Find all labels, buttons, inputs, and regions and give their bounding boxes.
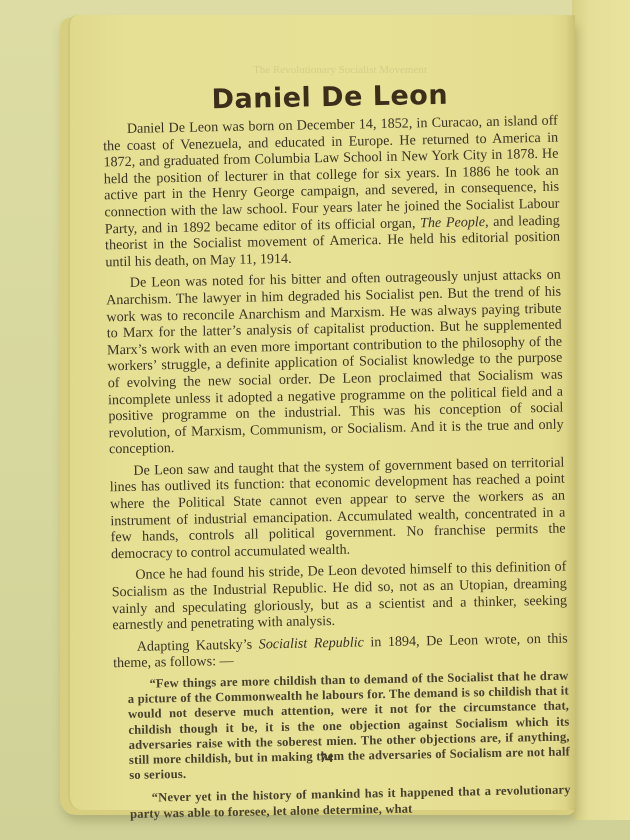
quote-paragraph: “Few things are more childish than to de… (127, 669, 570, 784)
text-run: De Leon saw and taught that the system o… (110, 454, 566, 562)
paragraph: Adapting Kautsky’s Socialist Republic in… (113, 630, 569, 672)
paragraph: De Leon was noted for his bitter and oft… (106, 267, 564, 458)
page-content: Daniel De Leon Daniel De Leon was born o… (102, 78, 571, 822)
block-quotes: “Few things are more childish than to de… (113, 669, 571, 823)
italic-title: Socialist Republic (259, 634, 364, 652)
italic-title: The People (420, 214, 485, 231)
paragraph: Once he had found his stride, De Leon de… (111, 559, 567, 634)
paragraph: Daniel De Leon was born on December 14, … (103, 113, 561, 271)
page-number: 74 (320, 750, 333, 766)
text-run: De Leon was noted for his bitter and oft… (106, 267, 564, 458)
body-text: Daniel De Leon was born on December 14, … (103, 113, 568, 673)
text-run: Adapting Kautsky’s (137, 636, 259, 654)
bleed-through-running-head: The Revolutionary Socialist Movement (210, 64, 470, 76)
paragraph: De Leon saw and taught that the system o… (109, 454, 566, 562)
quote-paragraph: “Never yet in the history of mankind has… (130, 783, 572, 822)
text-run: Once he had found his stride, De Leon de… (112, 559, 568, 634)
facing-page-edge (572, 0, 630, 820)
